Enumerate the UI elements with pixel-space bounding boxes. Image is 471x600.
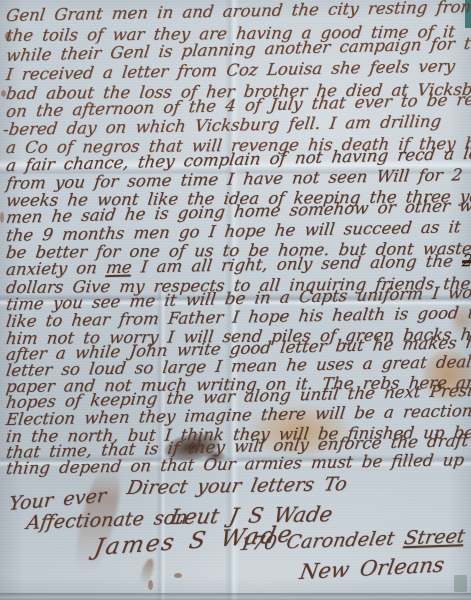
direct-letters-line: Direct your letters To <box>125 473 349 499</box>
letter-line: Genl Grant men in and around the city re… <box>5 0 471 25</box>
address-street-word: Street <box>402 525 466 549</box>
underlined-word-me: me <box>105 258 133 277</box>
address-number-street: 170 Carondelet <box>238 527 406 555</box>
struck-out-amount: 25 <box>461 251 471 270</box>
letter-body: Genl Grant men in and around the city re… <box>0 0 471 600</box>
letter-text: anxiety on <box>5 258 107 279</box>
letter-scan-page: Genl Grant men in and around the city re… <box>0 0 471 600</box>
address-city: New Orleans <box>298 553 446 584</box>
